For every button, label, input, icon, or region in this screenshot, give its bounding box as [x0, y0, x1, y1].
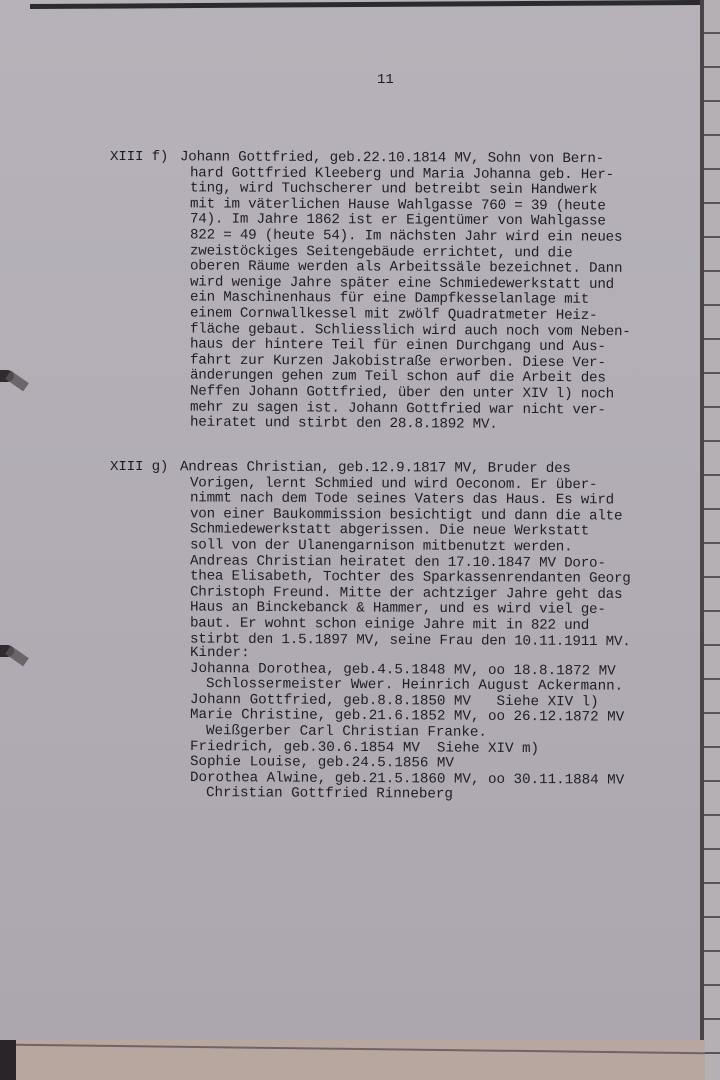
text-line: heiratet und stirbt den 28.8.1892 MV. [110, 415, 631, 434]
entry-body: Johann Gottfried, geb.22.10.1814 MV, Soh… [110, 150, 631, 431]
child-entry: Christian Gottfried Rinneberg [190, 786, 624, 804]
page-number: 11 [377, 72, 394, 88]
document-page: 11 XIII f) Johann Gottfried, geb.22.10.1… [0, 0, 705, 1045]
children-list: Kinder: Johanna Dorothea, geb.4.5.1848 M… [190, 646, 624, 802]
entry-body: Andreas Christian, geb.12.9.1817 MV, Bru… [110, 460, 631, 647]
binder-hole [0, 645, 14, 657]
binder-hole [0, 370, 14, 382]
text-line: Johann Gottfried, geb.22.10.1814 MV, Soh… [110, 150, 631, 168]
adjacent-page-edge [700, 0, 720, 1080]
text-line: Andreas Christian, geb.12.9.1817 MV, Bru… [110, 460, 631, 478]
underlying-sheets [0, 1040, 705, 1080]
page-top-edge [30, 0, 700, 9]
